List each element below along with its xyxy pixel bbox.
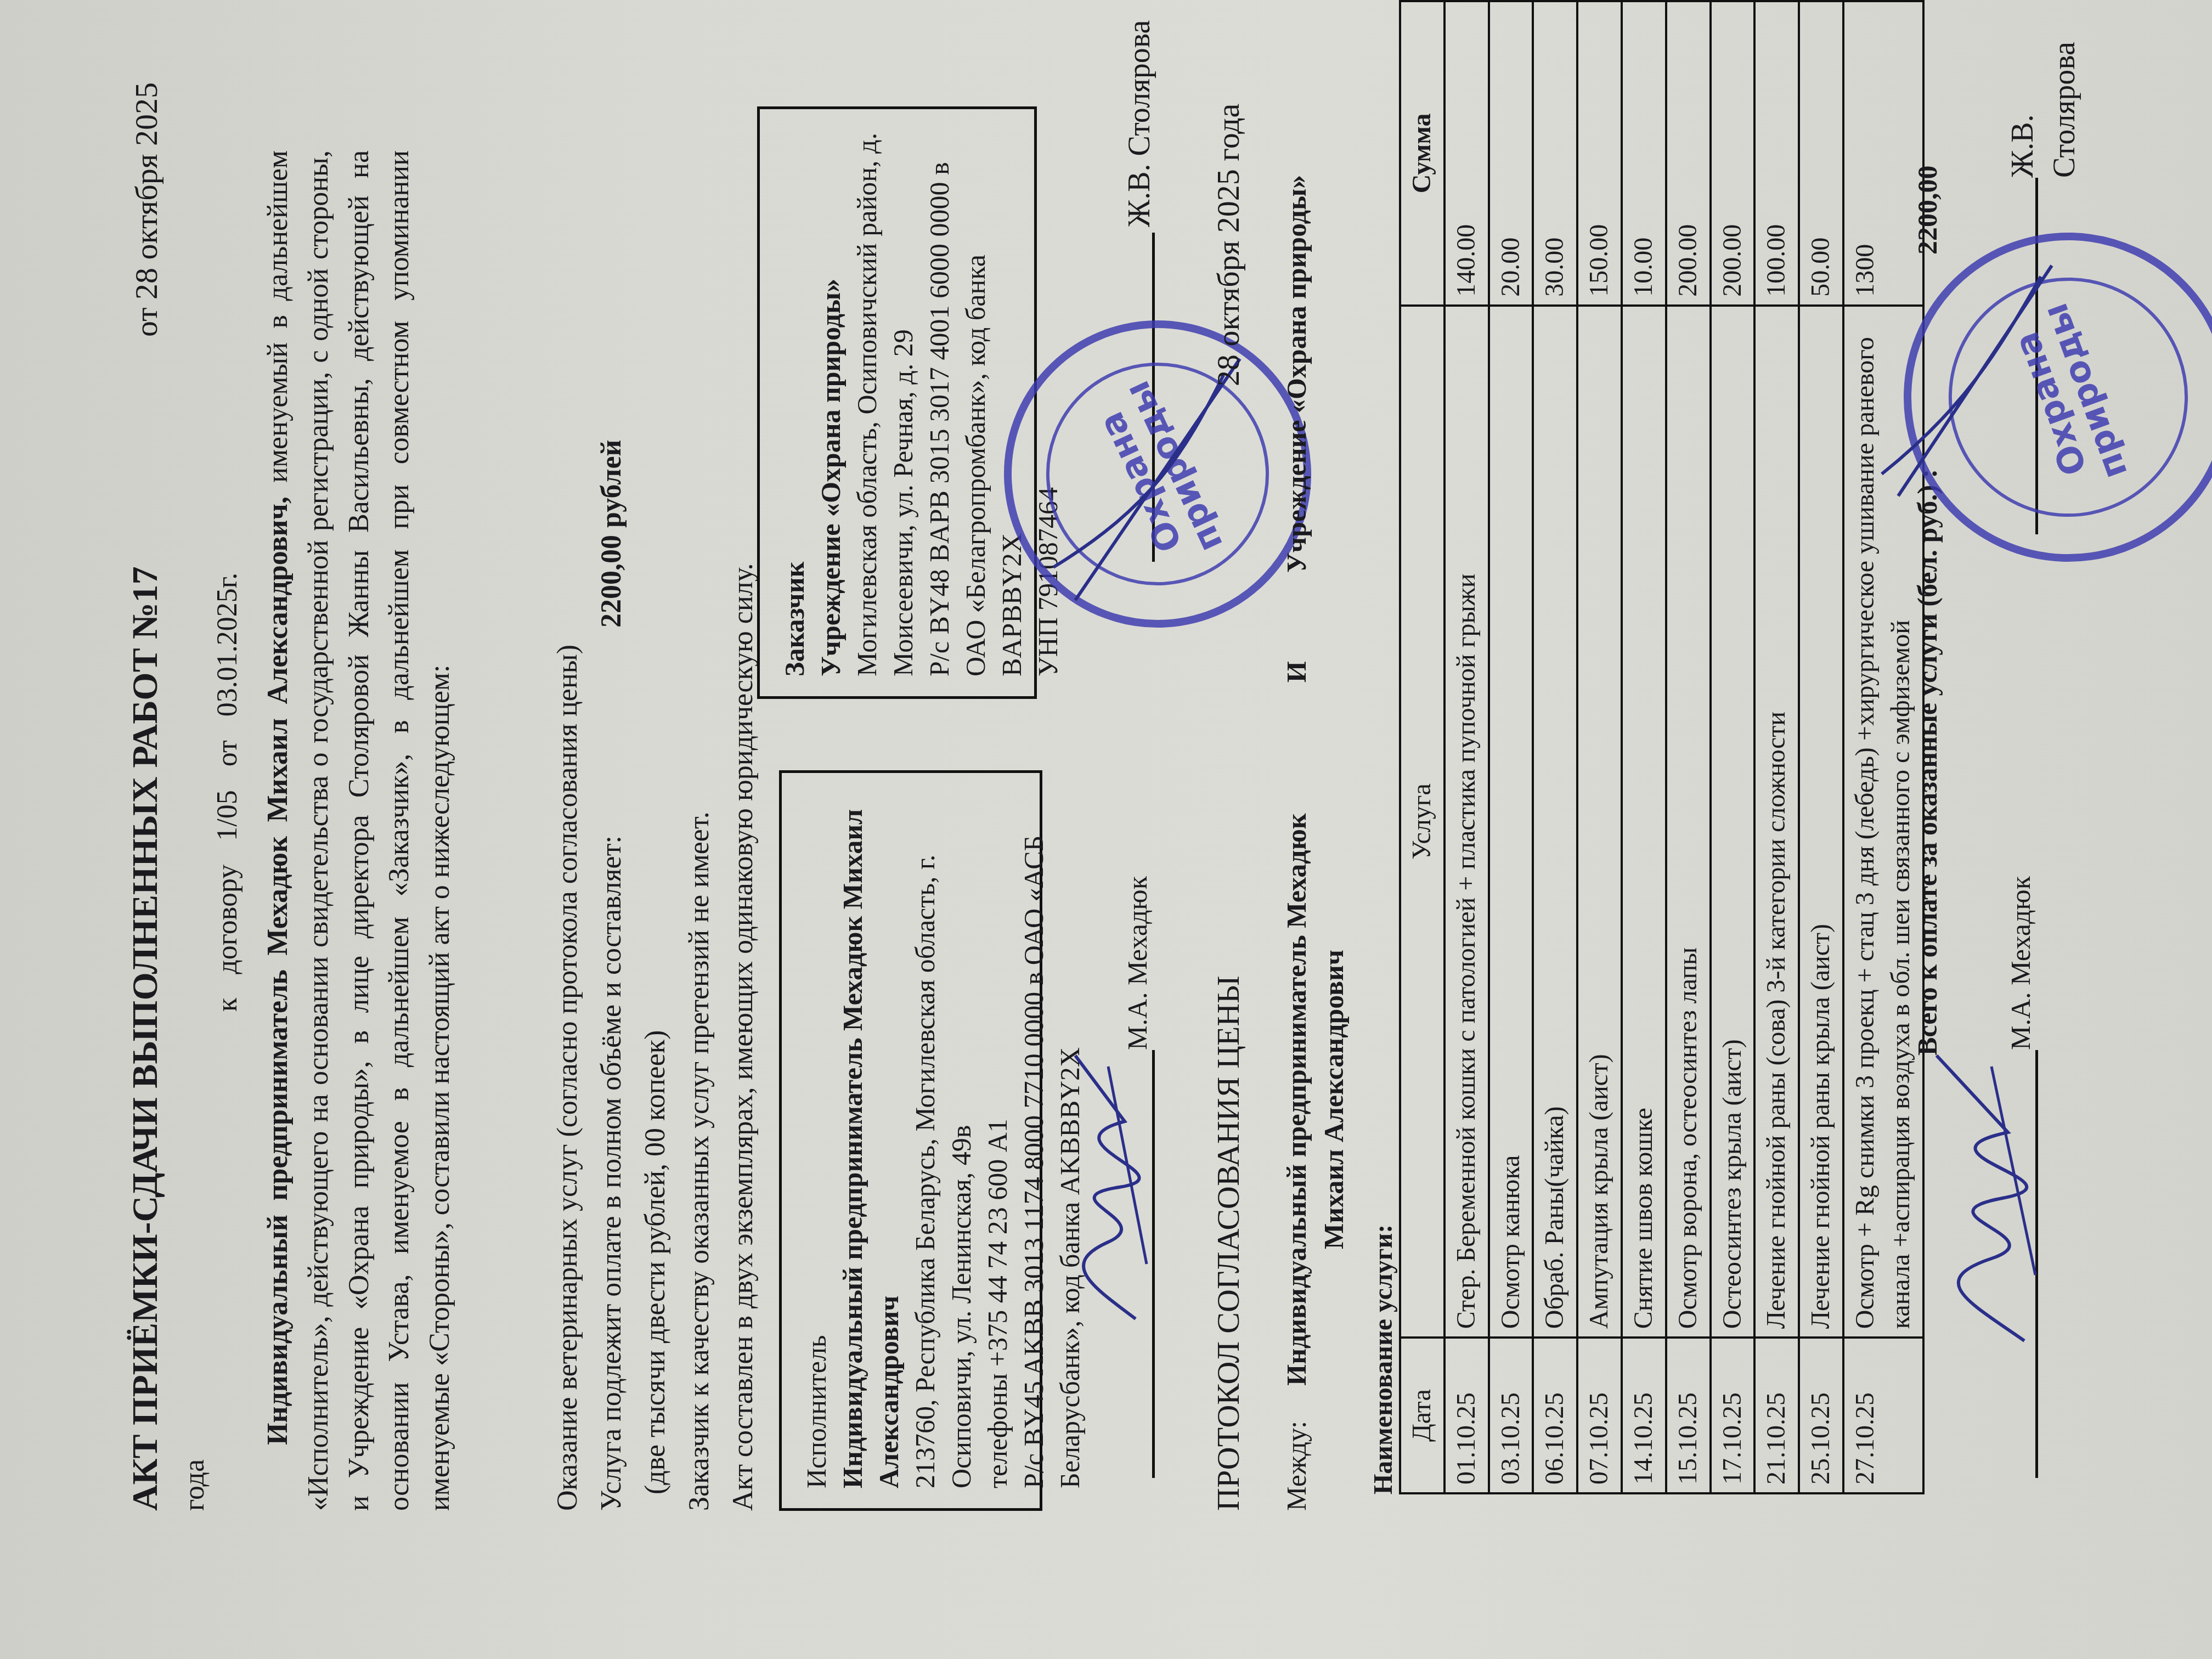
customer-name: Учреждение «Охрана природы» bbox=[812, 129, 849, 676]
cell-sum: 50.00 bbox=[1799, 1, 1843, 306]
protocol-customer-signature-name: Ж.В. Столярова bbox=[2002, 0, 2085, 178]
total-value: 2200,00 bbox=[1909, 166, 1946, 255]
cell-service: Осмотр канюка bbox=[1489, 306, 1533, 1338]
intro-paragraph: Индивидуальный предприниматель Мехадюк М… bbox=[258, 150, 460, 1511]
claims-line: Заказчик к качеству оказанных услуг прет… bbox=[680, 811, 719, 1511]
customer-signature-name: Ж.В. Столярова bbox=[1119, 20, 1161, 227]
executor-heading: Исполнитель bbox=[798, 793, 834, 1488]
cell-date: 27.10.25 bbox=[1843, 1338, 1923, 1493]
protocol-executor-signature-name: М.А. Мехадюк bbox=[2002, 876, 2040, 1050]
table-row: 01.10.25Стер. Беременной кошки с патолог… bbox=[1444, 1, 1489, 1493]
act-date-suffix: года bbox=[176, 1459, 214, 1511]
cell-sum: 20.00 bbox=[1489, 1, 1533, 306]
customer-details-box: Заказчик Учреждение «Охрана природы» Мог… bbox=[757, 106, 1037, 699]
photo-background: АКТ ПРИЁМКИ-СДАЧИ ВЫПОЛНЕННЫХ РАБОТ №17 … bbox=[0, 0, 2212, 1659]
service-line: Оказание ветеринарных услуг (согласно пр… bbox=[549, 645, 587, 1511]
customer-heading: Заказчик bbox=[776, 129, 812, 676]
copies-line: Акт составлен в двух экземплярах, имеющи… bbox=[724, 563, 763, 1511]
cell-sum: 140.00 bbox=[1444, 1, 1489, 306]
protocol-and: И bbox=[1278, 661, 1316, 682]
executor-details-box: Исполнитель Индивидуальный предпринимате… bbox=[779, 770, 1042, 1511]
document-page: АКТ ПРИЁМКИ-СДАЧИ ВЫПОЛНЕННЫХ РАБОТ №17 … bbox=[0, 0, 2212, 1659]
cell-date: 14.10.25 bbox=[1622, 1338, 1666, 1493]
cell-date: 06.10.25 bbox=[1533, 1338, 1577, 1493]
executor-signature-icon bbox=[1026, 1045, 1158, 1330]
services-table: Дата Услуга Сумма 01.10.25Стер. Беременн… bbox=[1399, 0, 1925, 1494]
column-header-date: Дата bbox=[1400, 1338, 1444, 1493]
payment-amount: 2200,00 рублей bbox=[592, 440, 631, 628]
table-row: 14.10.25Снятие швов кошке10.00 bbox=[1622, 1, 1666, 1493]
protocol-party2: Учреждение «Охрана природы» bbox=[1278, 175, 1316, 573]
cell-sum: 200.00 bbox=[1666, 1, 1711, 306]
table-row: 06.10.25Обраб. Раны(чайка)30.00 bbox=[1533, 1, 1577, 1493]
executor-address: 213760, Республика Беларусь, Могилевская… bbox=[907, 793, 979, 1488]
protocol-executor-signature-icon bbox=[1882, 1045, 2046, 1352]
protocol-party1: Индивидуальный предприниматель Мехадюк М… bbox=[1278, 798, 1352, 1401]
contract-reference: к договору 1/05 от 03.01.2025г. bbox=[208, 573, 247, 1012]
table-row: 17.10.25Остеосинтез крыла (аист)200.00 bbox=[1711, 1, 1755, 1493]
cell-sum: 150.00 bbox=[1577, 1, 1622, 306]
cell-service: Ампутация крыла (аист) bbox=[1577, 306, 1622, 1338]
total-label: Всего к оплате за оказанные услуги (бел.… bbox=[1909, 469, 1946, 1056]
cell-sum: 10.00 bbox=[1622, 1, 1666, 306]
cell-service: Лечение гнойной раны крыла (аист) bbox=[1799, 306, 1843, 1338]
cell-service: Остеосинтез крыла (аист) bbox=[1711, 306, 1755, 1338]
services-label: Наименование услуги: bbox=[1366, 1224, 1402, 1494]
payment-line: Услуга подлежит оплате в полном объёме и… bbox=[592, 836, 631, 1511]
table-header-row: Дата Услуга Сумма bbox=[1400, 1, 1444, 1493]
table-row: 07.10.25Ампутация крыла (аист)150.00 bbox=[1577, 1, 1622, 1493]
cell-service: Осмотр ворона, остеосинтез лапы bbox=[1666, 306, 1711, 1338]
cell-service: Обраб. Раны(чайка) bbox=[1533, 306, 1577, 1338]
column-header-sum: Сумма bbox=[1400, 1, 1444, 306]
table-row: 21.10.25Лечение гнойной раны (сова) 3-й … bbox=[1754, 1, 1799, 1493]
table-row: 25.10.25Лечение гнойной раны крыла (аист… bbox=[1799, 1, 1843, 1493]
executor-phones: телефоны +375 44 74 23 600 А1 bbox=[979, 793, 1015, 1488]
customer-account: Р/с BY48 BAPB 3015 3017 4001 6000 0000 в… bbox=[921, 129, 1030, 676]
executor-name: Индивидуальный предприниматель Мехадюк М… bbox=[834, 793, 907, 1488]
cell-sum: 200.00 bbox=[1711, 1, 1755, 306]
cell-date: 03.10.25 bbox=[1489, 1338, 1533, 1493]
cell-service: Лечение гнойной раны (сова) 3-й категори… bbox=[1754, 306, 1799, 1338]
protocol-date: 28 октября 2025 года bbox=[1207, 104, 1250, 386]
services-table-body: 01.10.25Стер. Беременной кошки с патолог… bbox=[1444, 1, 1923, 1493]
cell-date: 07.10.25 bbox=[1577, 1338, 1622, 1493]
executor-signature-name: М.А. Мехадюк bbox=[1119, 876, 1156, 1050]
cell-sum: 100.00 bbox=[1754, 1, 1799, 306]
table-row: 15.10.25Осмотр ворона, остеосинтез лапы2… bbox=[1666, 1, 1711, 1493]
intro-lead: Индивидуальный предприниматель Мехадюк М… bbox=[262, 496, 294, 1445]
cell-date: 25.10.25 bbox=[1799, 1338, 1843, 1493]
cell-date: 21.10.25 bbox=[1754, 1338, 1799, 1493]
cell-date: 15.10.25 bbox=[1666, 1338, 1711, 1493]
payment-words: (две тысячи двести рублей, 00 копеек) bbox=[636, 1030, 675, 1494]
protocol-customer-signature-icon bbox=[1876, 244, 2074, 507]
cell-sum: 30.00 bbox=[1533, 1, 1577, 306]
cell-date: 17.10.25 bbox=[1711, 1338, 1755, 1493]
customer-address: Могилевская область, Осиповичский район,… bbox=[849, 129, 921, 676]
cell-date: 01.10.25 bbox=[1444, 1338, 1489, 1493]
act-date: от 28 октября 2025 bbox=[125, 82, 168, 337]
protocol-title: ПРОТОКОЛ СОГЛАСОВАНИЯ ЦЕНЫ bbox=[1207, 975, 1250, 1511]
cell-service: Снятие швов кошке bbox=[1622, 306, 1666, 1338]
column-header-service: Услуга bbox=[1400, 306, 1444, 1338]
table-row: 03.10.25Осмотр канюка20.00 bbox=[1489, 1, 1533, 1493]
act-title: АКТ ПРИЁМКИ-СДАЧИ ВЫПОЛНЕННЫХ РАБОТ №17 bbox=[121, 566, 170, 1511]
between-label: Между: bbox=[1278, 1421, 1316, 1511]
cell-service: Стер. Беременной кошки с патологией + пл… bbox=[1444, 306, 1489, 1338]
